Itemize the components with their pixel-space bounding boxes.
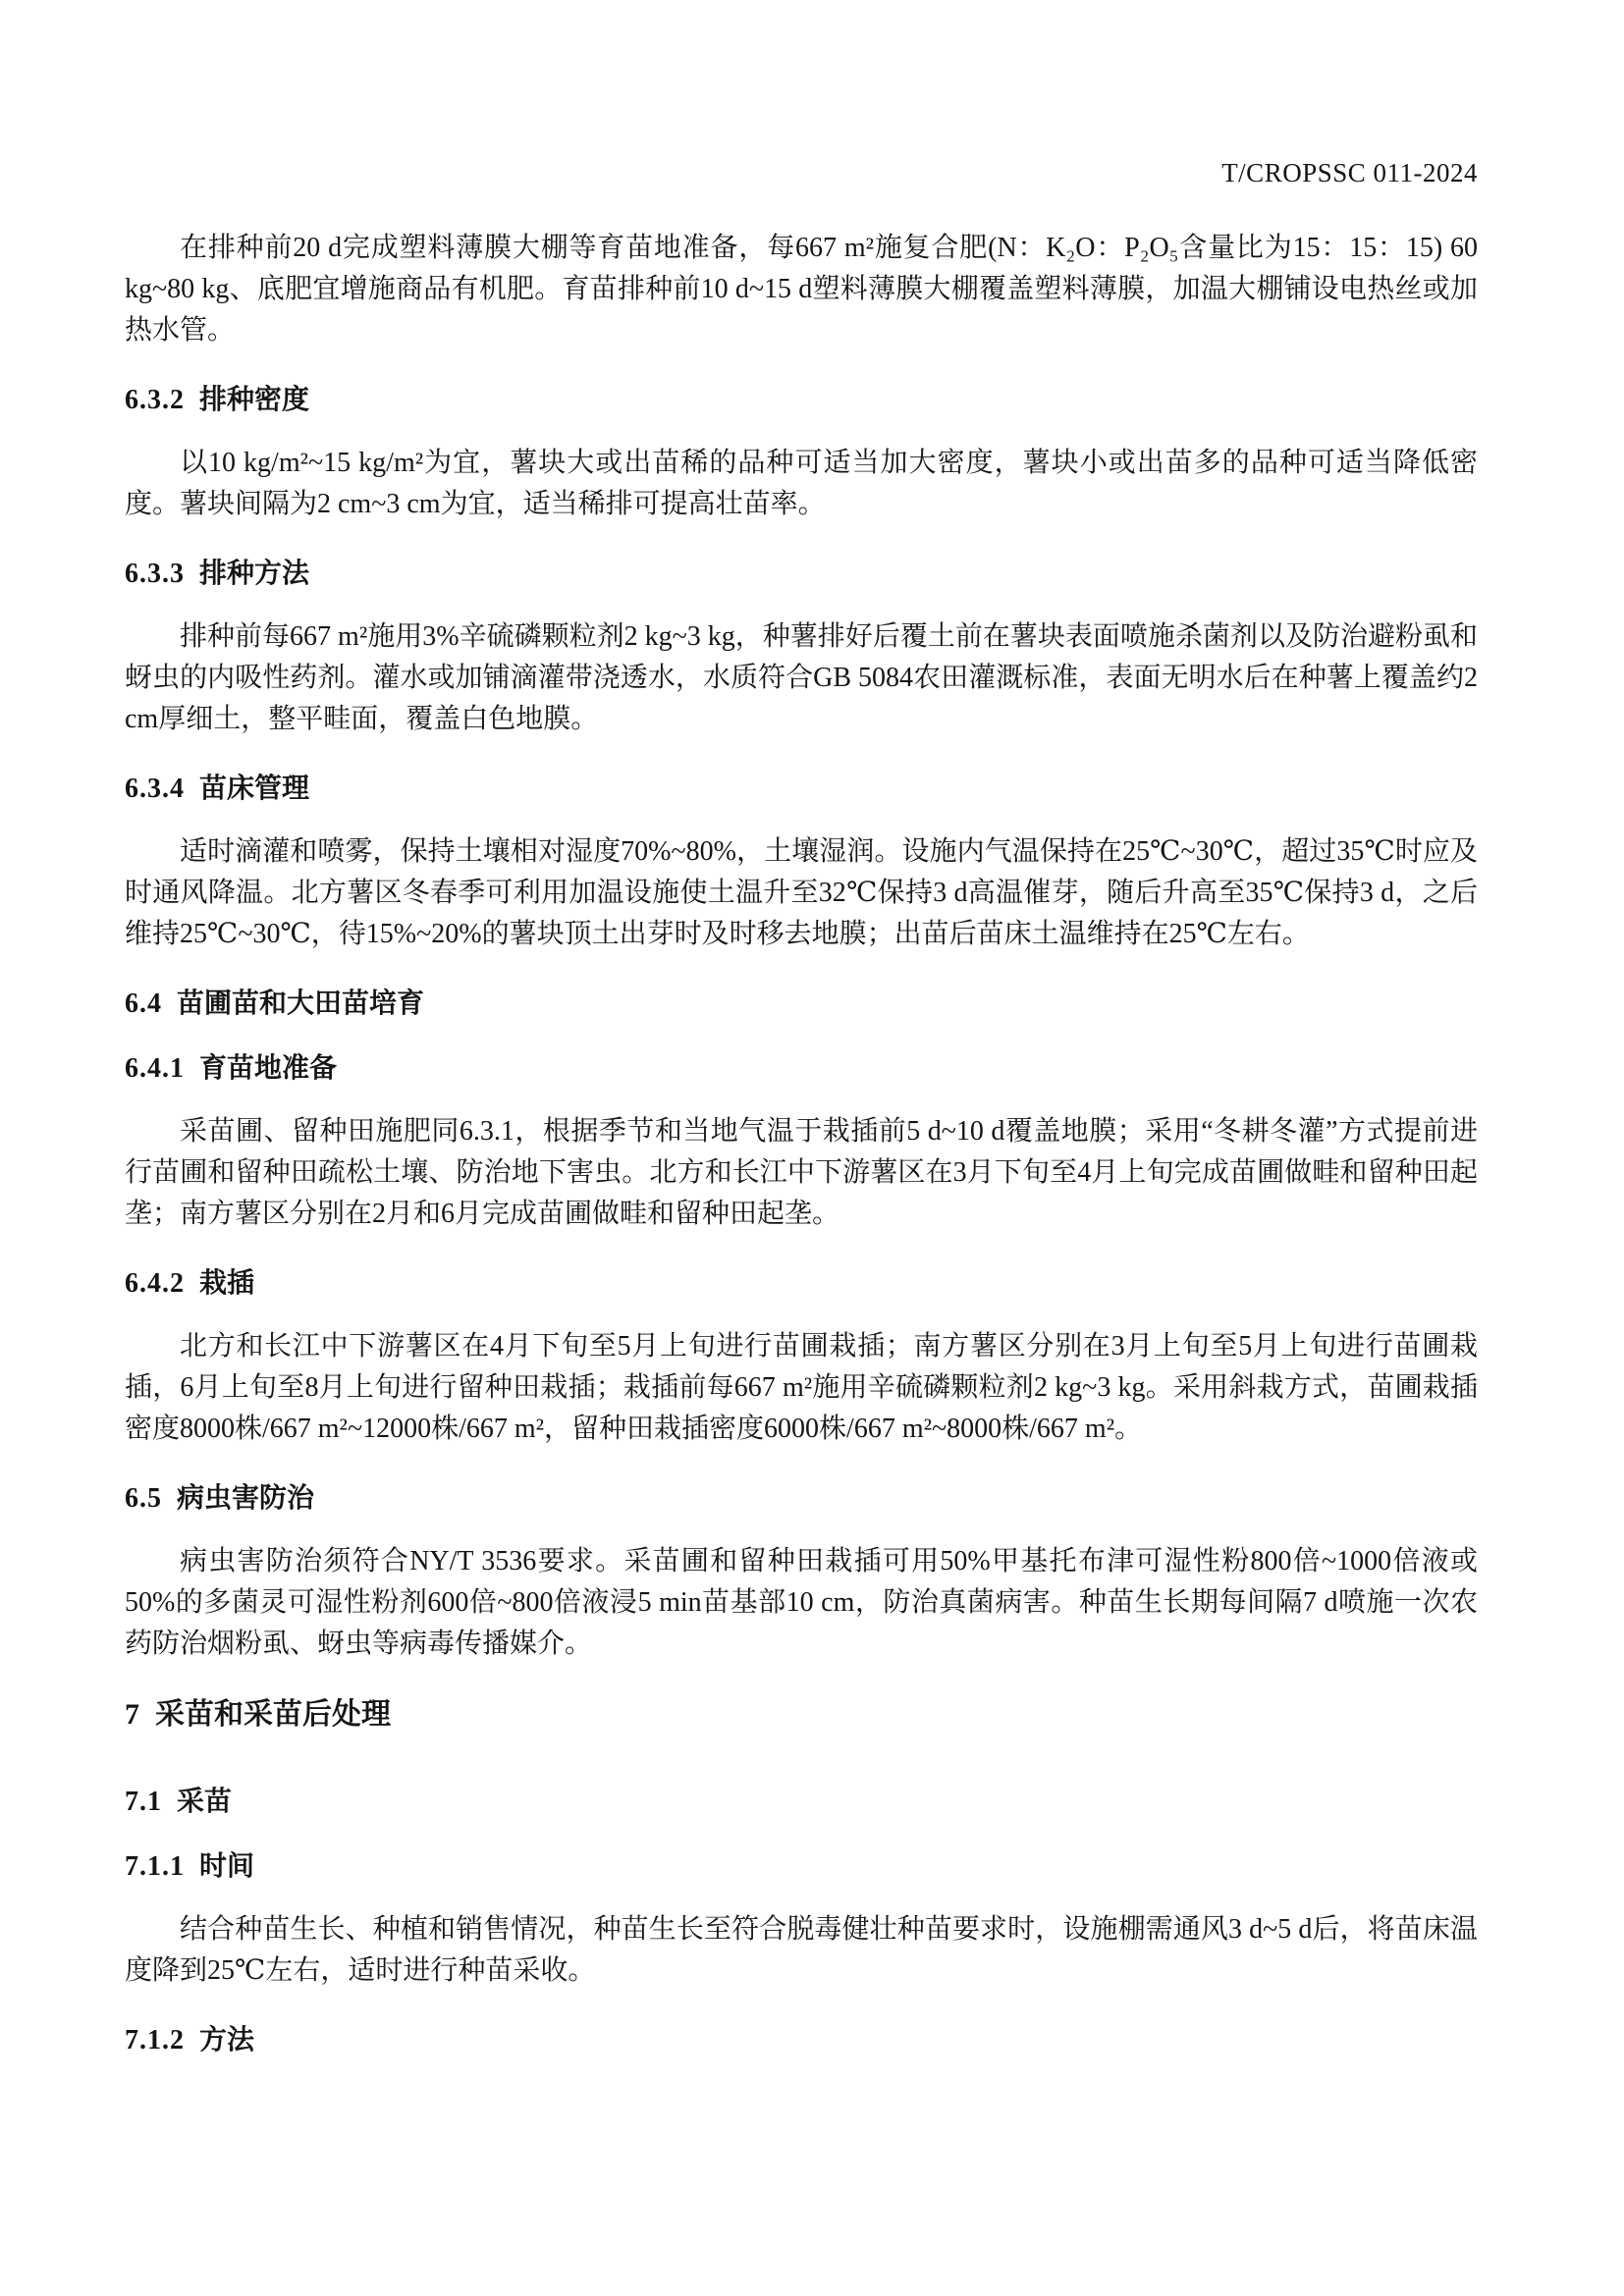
paragraph: 北方和长江中下游薯区在4月下旬至5月上旬进行苗圃栽插；南方薯区分别在3月上旬至5… (125, 1326, 1478, 1450)
heading-title: 采苗 (177, 1786, 232, 1816)
paragraph: 结合种苗生长、种植和销售情况，种苗生长至符合脱毒健壮种苗要求时，设施棚需通风3 … (125, 1909, 1478, 1992)
heading-number: 6.4.2 (125, 1268, 185, 1299)
heading-title: 排种方法 (199, 558, 309, 588)
paragraph: 病虫害防治须符合NY/T 3536要求。采苗圃和留种田栽插可用50%甲基托布津可… (125, 1541, 1478, 1665)
subsection-heading-6-3-4: 6.3.4苗床管理 (125, 767, 1478, 811)
heading-number: 6.3.4 (125, 774, 185, 804)
subsection-heading-7-1-1: 7.1.1时间 (125, 1844, 1478, 1889)
heading-number: 6.3.2 (125, 385, 185, 415)
document-body: 在排种前20 d完成塑料薄膜大棚等育苗地准备，每667 m²施复合肥(N：K₂O… (125, 228, 1478, 2062)
paragraph: 排种前每667 m²施用3%辛硫磷颗粒剂2 kg~3 kg，种薯排好后覆土前在薯… (125, 616, 1478, 740)
section-heading-6-5: 6.5病虫害防治 (125, 1476, 1478, 1521)
document-page: T/CROPSSC 011-2024 在排种前20 d完成塑料薄膜大棚等育苗地准… (0, 0, 1624, 2296)
running-header: T/CROPSSC 011-2024 (125, 157, 1478, 188)
paragraph: 采苗圃、留种田施肥同6.3.1，根据季节和当地气温于栽插前5 d~10 d覆盖地… (125, 1111, 1478, 1235)
heading-title: 采苗和采苗后处理 (155, 1698, 391, 1731)
subsection-heading-6-3-2: 6.3.2排种密度 (125, 378, 1478, 422)
heading-title: 苗床管理 (199, 773, 309, 803)
chapter-heading-7: 7采苗和采苗后处理 (125, 1691, 1478, 1738)
subsection-heading-6-4-2: 6.4.2栽插 (125, 1261, 1478, 1306)
heading-number: 6.4.1 (125, 1053, 185, 1084)
heading-title: 时间 (199, 1850, 254, 1881)
section-heading-6-4: 6.4苗圃苗和大田苗培育 (125, 982, 1478, 1026)
heading-number: 7.1.2 (125, 2025, 185, 2056)
heading-title: 方法 (199, 2024, 254, 2055)
heading-number: 7.1.1 (125, 1851, 185, 1882)
heading-number: 7 (125, 1698, 140, 1731)
subsection-heading-7-1-2: 7.1.2方法 (125, 2018, 1478, 2062)
paragraph: 以10 kg/m²~15 kg/m²为宜，薯块大或出苗稀的品种可适当加大密度，薯… (125, 443, 1478, 525)
heading-number: 7.1 (125, 1787, 162, 1817)
paragraph: 在排种前20 d完成塑料薄膜大棚等育苗地准备，每667 m²施复合肥(N：K₂O… (125, 228, 1478, 351)
heading-number: 6.5 (125, 1483, 162, 1514)
subsection-heading-6-3-3: 6.3.3排种方法 (125, 552, 1478, 596)
section-heading-7-1: 7.1采苗 (125, 1780, 1478, 1824)
heading-title: 排种密度 (199, 384, 309, 414)
heading-title: 苗圃苗和大田苗培育 (177, 988, 424, 1018)
heading-title: 病虫害防治 (177, 1482, 314, 1513)
heading-number: 6.4 (125, 988, 162, 1019)
heading-title: 栽插 (199, 1267, 254, 1298)
heading-number: 6.3.3 (125, 559, 185, 589)
paragraph: 适时滴灌和喷雾，保持土壤相对湿度70%~80%，土壤湿润。设施内气温保持在25℃… (125, 831, 1478, 955)
heading-title: 育苗地准备 (199, 1052, 337, 1083)
subsection-heading-6-4-1: 6.4.1育苗地准备 (125, 1046, 1478, 1091)
